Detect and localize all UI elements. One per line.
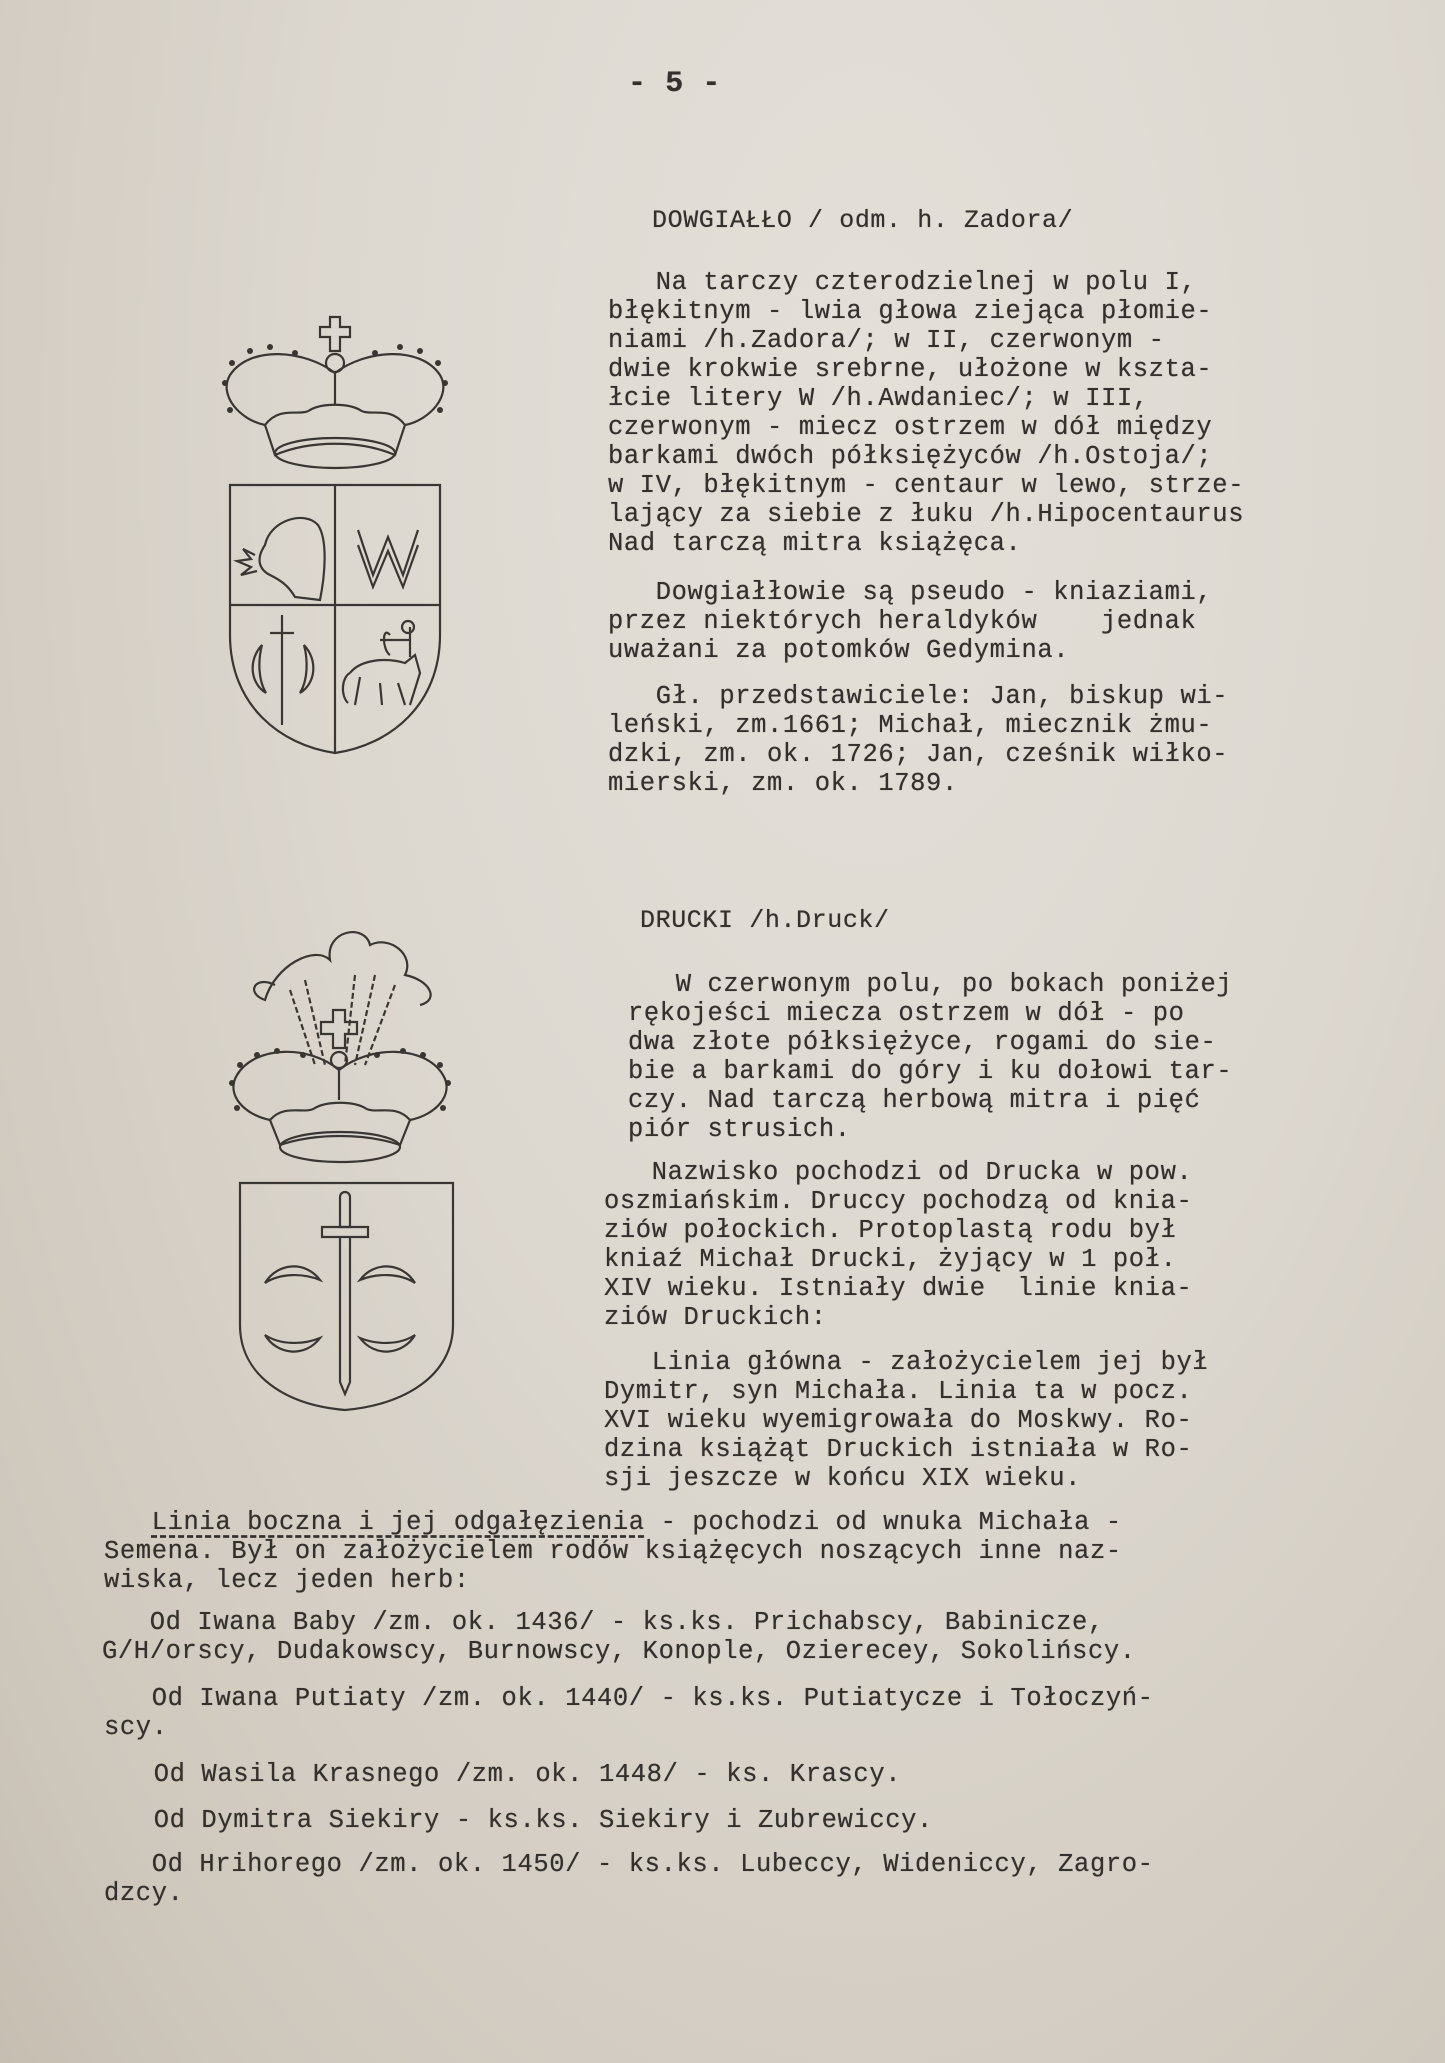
coat-of-arms-drucki bbox=[215, 905, 465, 1415]
branch-wasil-krasny: Od Wasila Krasnego /zm. ok. 1448/ - ks. … bbox=[106, 1760, 901, 1789]
entry-heading-dowgiallo: DOWGIAŁŁO / odm. h. Zadora/ bbox=[652, 206, 1073, 235]
text-line: Od Dymitra Siekiry - ks.ks. Siekiry i Zu… bbox=[106, 1806, 933, 1835]
text-line: Linia główna - założycielem jej był bbox=[604, 1348, 1208, 1377]
branch-dymitr-siekira: Od Dymitra Siekiry - ks.ks. Siekiry i Zu… bbox=[106, 1806, 933, 1835]
text-line: leński, zm.1661; Michał, miecznik żmu- bbox=[608, 711, 1212, 740]
text-line: Na tarczy czterodzielnej w polu I, bbox=[608, 268, 1196, 297]
text-line: niami /h.Zadora/; w II, czerwonym - bbox=[608, 326, 1165, 355]
paragraph-origin-dowgiallo: Dowgiałłowie są pseudo - kniaziami, prze… bbox=[608, 578, 1212, 665]
text-line: barkami dwóch półksiężyców /h.Ostoja/; bbox=[608, 442, 1212, 471]
text-line: Dowgiałłowie są pseudo - kniaziami, bbox=[608, 578, 1212, 607]
text-line: piór strusich. bbox=[628, 1115, 851, 1144]
text-line: Nazwisko pochodzi od Drucka w pow. bbox=[604, 1158, 1192, 1187]
paragraph-blazon-drucki: W czerwonym polu, po bokach poniżej ręko… bbox=[628, 970, 1232, 1144]
paragraph-side-line: Linia boczna i jej odgałęzienia - pochod… bbox=[104, 1508, 1122, 1595]
text-line: Dymitr, syn Michała. Linia ta w pocz. bbox=[604, 1377, 1192, 1406]
coat-of-arms-dowgiallo bbox=[210, 305, 460, 765]
text-line: Semena. Był on założycielem rodów książę… bbox=[104, 1537, 1122, 1566]
underlined-lead: Linia boczna i jej odgałęzienia bbox=[152, 1508, 645, 1537]
text-line: rękojeści miecza ostrzem w dół - po bbox=[628, 999, 1185, 1028]
branch-hrihory: Od Hrihorego /zm. ok. 1450/ - ks.ks. Lub… bbox=[104, 1850, 1154, 1908]
paragraph-main-line-drucki: Linia główna - założycielem jej był Dymi… bbox=[604, 1348, 1208, 1493]
paragraph-origin-drucki: Nazwisko pochodzi od Drucka w pow. oszmi… bbox=[604, 1158, 1192, 1332]
quartered-shield-with-princely-crown-icon bbox=[210, 305, 460, 765]
text-line: G/H/orscy, Dudakowscy, Burnowscy, Konopl… bbox=[102, 1637, 1136, 1666]
branch-iwan-baba: Od Iwana Baby /zm. ok. 1436/ - ks.ks. Pr… bbox=[102, 1608, 1136, 1666]
text-line: kniaź Michał Drucki, żyjący w 1 poł. bbox=[604, 1245, 1177, 1274]
entry-heading-drucki: DRUCKI /h.Druck/ bbox=[640, 906, 890, 935]
text-line: XVI wieku wyemigrowała do Moskwy. Ro- bbox=[604, 1406, 1192, 1435]
text-line: błękitnym - lwia głowa ziejąca płomie- bbox=[608, 297, 1212, 326]
text-line: oszmiańskim. Druccy pochodzą od knia- bbox=[604, 1187, 1192, 1216]
text-line: scy. bbox=[104, 1713, 168, 1742]
page-number: - 5 - bbox=[628, 70, 721, 99]
text-line: czy. Nad tarczą herbową mitra i pięć bbox=[628, 1086, 1201, 1115]
text-line: lający za siebie z łuku /h.Hipocentaurus bbox=[608, 500, 1244, 529]
text-line: Od Wasila Krasnego /zm. ok. 1448/ - ks. … bbox=[106, 1760, 901, 1789]
text-line: Od Hrihorego /zm. ok. 1450/ - ks.ks. Lub… bbox=[104, 1850, 1154, 1879]
branch-iwan-putiata: Od Iwana Putiaty /zm. ok. 1440/ - ks.ks.… bbox=[104, 1684, 1154, 1742]
text-line: uważani za potomków Gedymina. bbox=[608, 636, 1069, 665]
text-line: wiska, lecz jeden herb: bbox=[104, 1566, 470, 1595]
text-line: Gł. przedstawiciele: Jan, biskup wi- bbox=[608, 682, 1228, 711]
text-line: bie a barkami do góry i ku dołowi tar- bbox=[628, 1057, 1232, 1086]
text-line: W czerwonym polu, po bokach poniżej bbox=[628, 970, 1232, 999]
text-line: dzina książąt Druckich istniała w Ro- bbox=[604, 1435, 1192, 1464]
text-line: mierski, zm. ok. 1789. bbox=[608, 769, 958, 798]
paragraph-representatives-dowgiallo: Gł. przedstawiciele: Jan, biskup wi- leń… bbox=[608, 682, 1228, 798]
text-line: dwa złote półksiężyce, rogami do sie- bbox=[628, 1028, 1216, 1057]
text-line: Nad tarczą mitra książęca. bbox=[608, 529, 1021, 558]
text-line: dzki, zm. ok. 1726; Jan, cześnik wiłko- bbox=[608, 740, 1228, 769]
text-line: XIV wieku. Istniały dwie linie knia- bbox=[604, 1274, 1192, 1303]
shield-sword-four-crescents-with-plumed-crown-icon bbox=[215, 905, 465, 1415]
text-line: łcie litery W /h.Awdaniec/; w III, bbox=[608, 384, 1149, 413]
text-line: ziów Druckich: bbox=[604, 1303, 827, 1332]
text-line: dzcy. bbox=[104, 1879, 184, 1908]
text-line: w IV, błękitnym - centaur w lewo, strze- bbox=[608, 471, 1244, 500]
text-line: Od Iwana Baby /zm. ok. 1436/ - ks.ks. Pr… bbox=[102, 1608, 1104, 1637]
text-line: przez niektórych heraldyków jednak bbox=[608, 607, 1196, 636]
text-line: ziów połockich. Protoplastą rodu był bbox=[604, 1216, 1177, 1245]
paragraph-blazon-dowgiallo: Na tarczy czterodzielnej w polu I, błęki… bbox=[608, 268, 1244, 558]
text-line: sji jeszcze w końcu XIX wieku. bbox=[604, 1464, 1081, 1493]
text-line: Od Iwana Putiaty /zm. ok. 1440/ - ks.ks.… bbox=[104, 1684, 1154, 1713]
text-line: - pochodzi od wnuka Michała - bbox=[645, 1508, 1122, 1537]
text-line: czerwonym - miecz ostrzem w dół między bbox=[608, 413, 1212, 442]
text-line: dwie krokwie srebrne, ułożone w kszta- bbox=[608, 355, 1212, 384]
